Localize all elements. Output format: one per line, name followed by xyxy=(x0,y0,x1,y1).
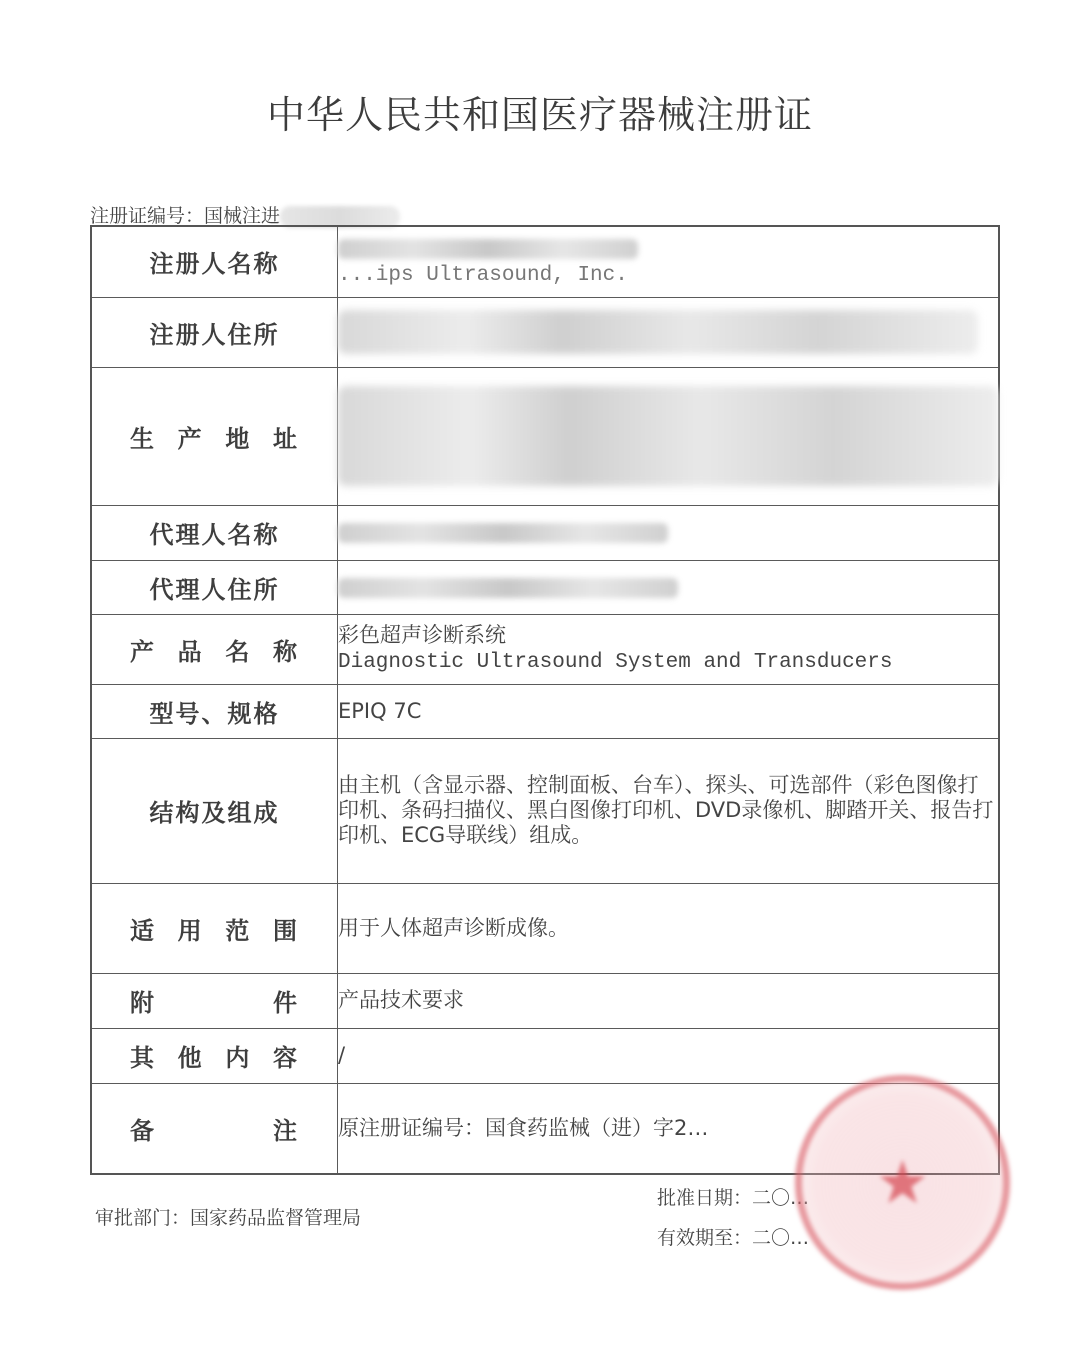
attachment-value: 产品技术要求 xyxy=(338,973,1000,1028)
product-name-en: Diagnostic Ultrasound System and Transdu… xyxy=(338,651,893,674)
table-row: 附件 产品技术要求 xyxy=(91,973,999,1028)
redacted-text xyxy=(338,523,668,543)
redacted-text xyxy=(338,578,678,598)
row-label: 代理人名称 xyxy=(91,505,338,560)
redacted-text xyxy=(338,310,978,354)
redacted-text xyxy=(338,239,638,259)
table-row: 注册人住所 xyxy=(91,297,999,367)
table-row: 注册人名称 ...ips Ultrasound, Inc. xyxy=(91,226,999,297)
table-row: 产品名称 彩色超声诊断系统 Diagnostic Ultrasound Syst… xyxy=(91,614,999,684)
row-label: 注册人名称 xyxy=(91,226,338,297)
model-spec-value: EPIQ 7C xyxy=(338,684,1000,738)
row-value xyxy=(338,505,1000,560)
registrant-name-en: ...ips Ultrasound, Inc. xyxy=(338,264,628,287)
product-name-cn: 彩色超声诊断系统 xyxy=(338,623,506,647)
table-row: 代理人名称 xyxy=(91,505,999,560)
row-label: 适用范围 xyxy=(91,883,338,973)
official-seal-icon: ★ xyxy=(795,1075,1010,1290)
row-value xyxy=(338,367,1000,505)
row-label: 生产地址 xyxy=(91,367,338,505)
document-title: 中华人民共和国医疗器械注册证 xyxy=(0,84,1080,139)
row-label: 其他内容 xyxy=(91,1028,338,1083)
approval-date: 批准日期：二〇… xyxy=(657,1183,809,1210)
redacted-text xyxy=(338,386,998,486)
row-label: 产品名称 xyxy=(91,614,338,684)
row-value: ...ips Ultrasound, Inc. xyxy=(338,226,1000,297)
cert-number-label: 注册证编号：国械注进 xyxy=(90,205,280,227)
row-label: 型号、规格 xyxy=(91,684,338,738)
row-label: 备注 xyxy=(91,1083,338,1174)
table-row: 其他内容 / xyxy=(91,1028,999,1083)
scope-value: 用于人体超声诊断成像。 xyxy=(338,883,1000,973)
row-label: 代理人住所 xyxy=(91,560,338,614)
valid-until: 有效期至：二〇… xyxy=(657,1223,809,1250)
table-row: 代理人住所 xyxy=(91,560,999,614)
row-label: 附件 xyxy=(91,973,338,1028)
table-row: 生产地址 xyxy=(91,367,999,505)
row-value xyxy=(338,297,1000,367)
row-label: 结构及组成 xyxy=(91,738,338,883)
certificate-table: 注册人名称 ...ips Ultrasound, Inc. 注册人住所 生产地址… xyxy=(90,225,1000,1175)
row-value xyxy=(338,560,1000,614)
seal-star-icon: ★ xyxy=(876,1148,930,1218)
structure-value: 由主机（含显示器、控制面板、台车）、探头、可选部件（彩色图像打印机、条码扫描仪、… xyxy=(338,738,1000,883)
cert-number: 注册证编号：国械注进 xyxy=(90,201,400,228)
row-label: 注册人住所 xyxy=(91,297,338,367)
approval-department: 审批部门：国家药品监督管理局 xyxy=(95,1203,361,1230)
row-value: 彩色超声诊断系统 Diagnostic Ultrasound System an… xyxy=(338,614,1000,684)
table-row: 结构及组成 由主机（含显示器、控制面板、台车）、探头、可选部件（彩色图像打印机、… xyxy=(91,738,999,883)
table-row: 型号、规格 EPIQ 7C xyxy=(91,684,999,738)
table-row: 适用范围 用于人体超声诊断成像。 xyxy=(91,883,999,973)
